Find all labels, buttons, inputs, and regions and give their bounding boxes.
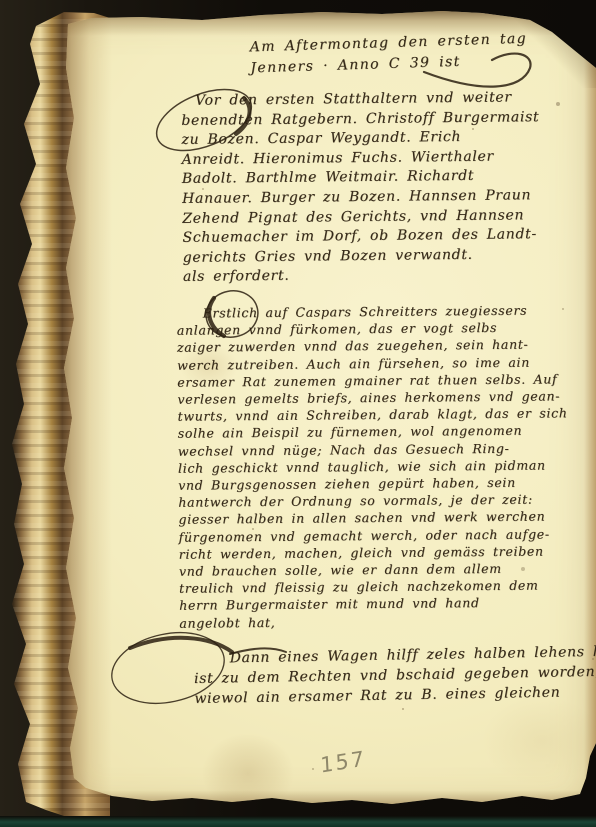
paragraph-main-entry: Erstlich auf Caspars Schreitters zuegies… [177, 301, 570, 631]
paper-stain [482, 696, 596, 786]
table-surface-strip [0, 816, 596, 827]
manuscript-line: angelobt hat, [179, 611, 569, 632]
paragraph-dann-entry: Dann eines Wagen hilff zeles halben lehe… [194, 641, 596, 709]
manuscript-line: richt werden, machen, gleich vnd gemäss … [179, 542, 569, 563]
folio-number-pencil: 157 [320, 746, 367, 777]
paper-stain [202, 733, 294, 813]
date-heading: Am Aftermontag den ersten tagJenners · A… [249, 29, 528, 80]
manuscript-line: benendten Ratgebern. Christoff Burgermai… [181, 108, 539, 131]
paper-specks [52, 8, 54, 10]
manuscript-line: Erstlich auf Caspars Schreitters zuegies… [203, 301, 567, 321]
manuscript-page: Am Aftermontag den ersten tagJenners · A… [52, 8, 596, 814]
manuscript-line: als erfordert. [183, 264, 541, 287]
manuscript-line: Schuemacher im Dorf, ob Bozen des Landt- [182, 225, 540, 248]
paragraph-attendance: Vor den ersten Statthaltern vnd weiterbe… [181, 88, 541, 288]
page-edge-shading-bottom [52, 790, 596, 814]
photo-background: { "page": { "folio_number": "157", "head… [0, 0, 596, 827]
